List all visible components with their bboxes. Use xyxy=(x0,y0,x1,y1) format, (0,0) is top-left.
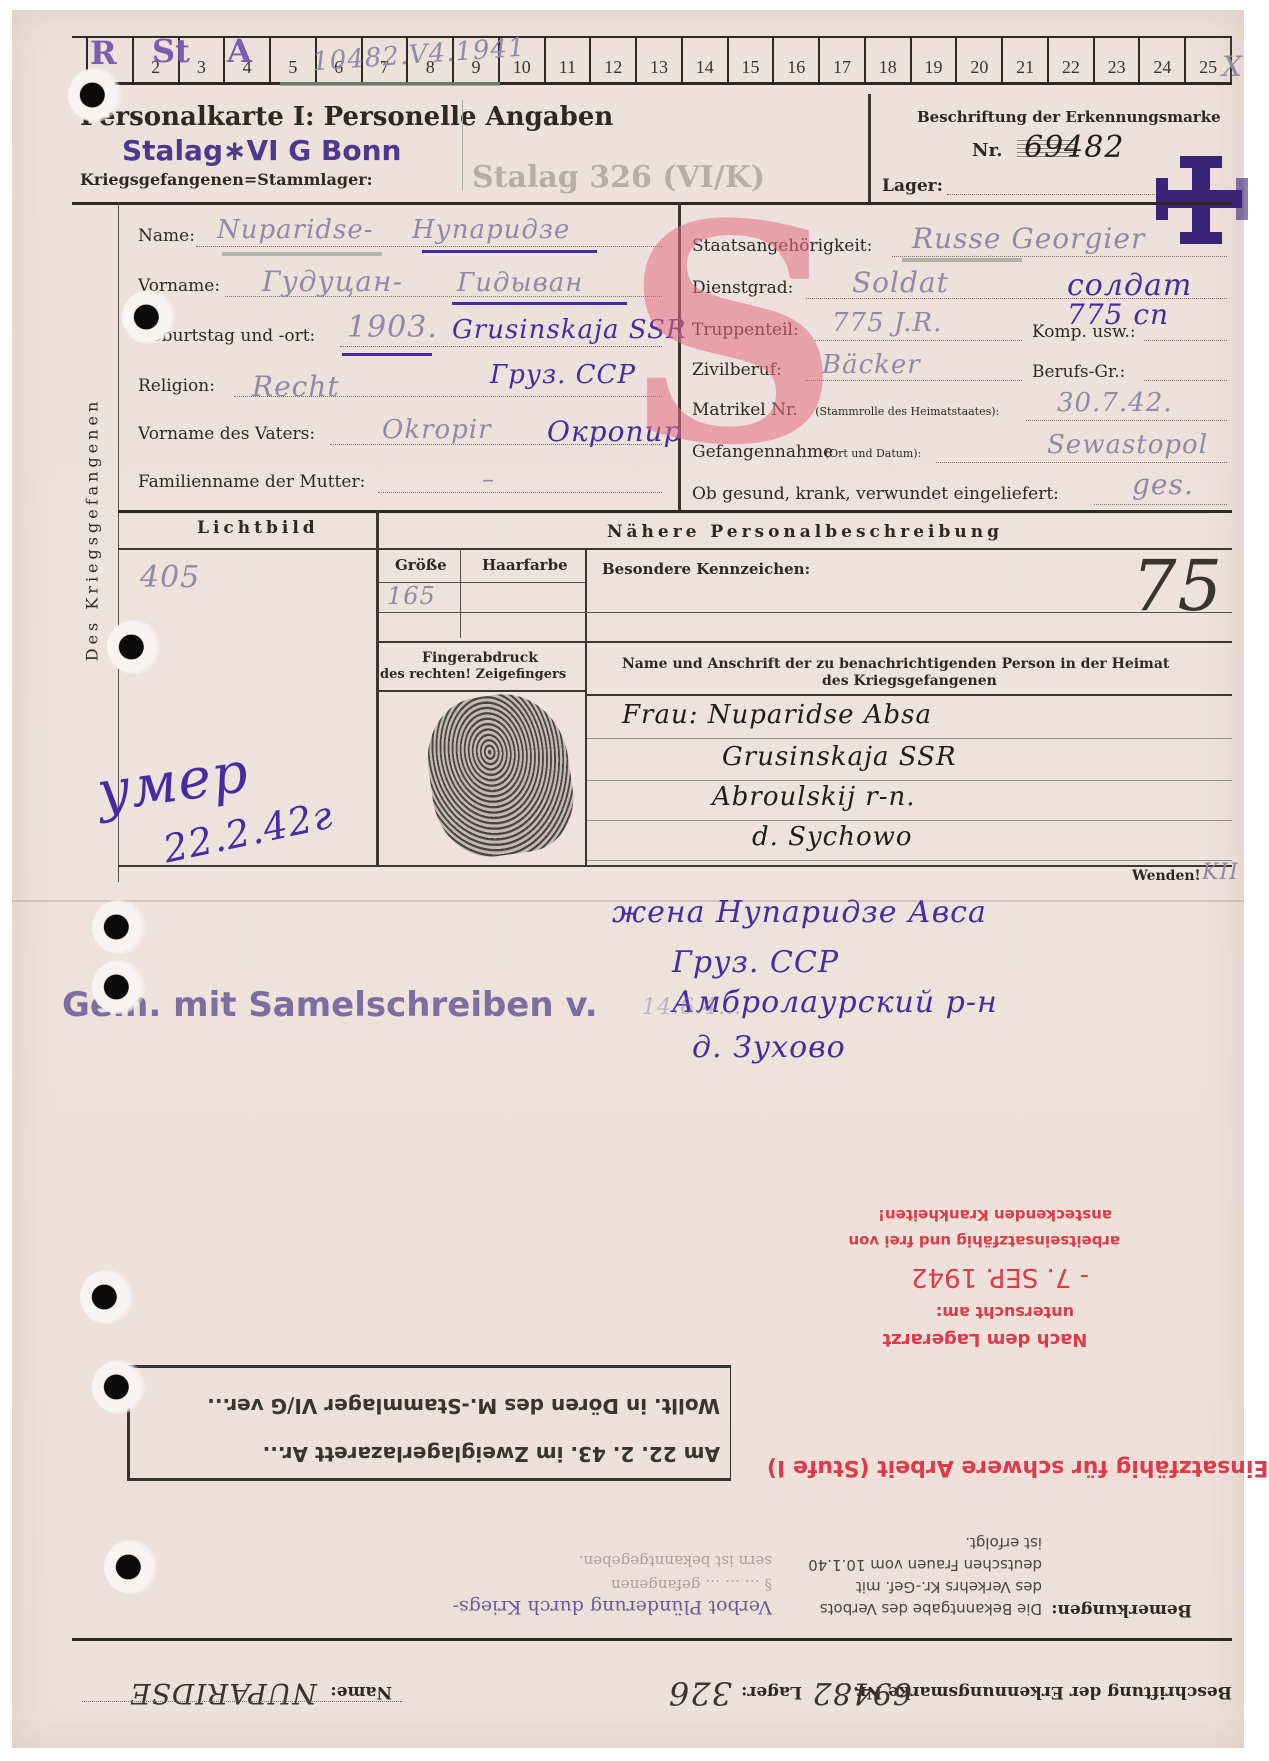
staats-green-underline xyxy=(902,258,1022,262)
truppenteil-value-ru: 775 сп xyxy=(1067,298,1169,331)
name-green-underline xyxy=(222,252,382,256)
ruler-cell-16: 16 xyxy=(772,38,818,82)
ruler-stamp-a: A xyxy=(227,32,252,70)
contact-line: Frau: Nuparidse Absa xyxy=(622,700,932,730)
lager-field xyxy=(947,194,1167,195)
name-value-ru: Нупаридзе xyxy=(412,215,570,245)
contact-rule xyxy=(587,860,1232,861)
left-field-line-2 xyxy=(340,346,662,347)
finger-label-2: des rechten! Zeigefingers xyxy=(380,667,566,682)
right-field-line-5 xyxy=(936,462,1227,463)
wenden-label: Wenden! xyxy=(1132,868,1201,884)
contact-line: Grusinskaja SSR xyxy=(722,742,957,772)
contact-header-line xyxy=(587,694,1232,696)
ruler-stamp-st: St xyxy=(152,32,190,70)
staatsangehoerigkeit-value: Russe Georgier xyxy=(912,222,1145,255)
zivilberuf-value: Bäcker xyxy=(822,350,921,380)
right-field-line-0 xyxy=(892,256,1227,257)
punch-hole xyxy=(92,1360,146,1414)
red-stamp-schwere-arbeit: Einsatzfähig für schwere Arbeit (Stufe I… xyxy=(767,1455,1268,1480)
ruler-cell-13: 13 xyxy=(635,38,681,82)
bemerkung-line: deutschen Frauen vom 10.1.40 xyxy=(808,1556,1042,1574)
ruler-stamp-r: R xyxy=(90,34,117,72)
gefangennahme-value: Sewastopol xyxy=(1047,430,1208,460)
left-field-line-0 xyxy=(196,246,662,247)
contact-rule xyxy=(587,738,1232,739)
footer-line xyxy=(72,1638,1232,1641)
ruler-cell-12: 12 xyxy=(589,38,635,82)
samelschreiben-date: 14.6.4... xyxy=(642,995,742,1020)
personal-bottom-line xyxy=(118,510,1232,513)
corner-check-marks: X xyxy=(1222,50,1243,83)
bemerkung-line: Die Bekanntgabe des Verbots xyxy=(820,1600,1042,1618)
dienstgrad-value: Soldat xyxy=(852,266,949,299)
punch-hole xyxy=(80,1270,134,1324)
contact-rule xyxy=(587,820,1232,821)
pow-personnel-card: 2345678910111213141516171819202122232425… xyxy=(12,10,1244,1748)
right-field-line2-3 xyxy=(1144,380,1227,381)
footer-erkennungsmarke: Beschriftung der Erkennungsmarke Nr. 694… xyxy=(72,1644,1232,1704)
gesund-value: ges. xyxy=(1132,468,1194,501)
bemerkung-line: sern ist bekanntgegeben. xyxy=(579,1552,772,1570)
header-divider xyxy=(868,94,871,202)
ruler-green-underline xyxy=(280,82,500,86)
ruler-cell-15: 15 xyxy=(727,38,773,82)
finger-header-line xyxy=(378,690,585,692)
ruler-bottom-line xyxy=(72,82,1232,85)
punch-hole xyxy=(92,960,146,1014)
groesse-divider xyxy=(460,548,461,638)
stalag-vi-g-bonn-stamp: Stalag∗VI G Bonn xyxy=(122,134,401,167)
vorname-value: Гудуцан- xyxy=(262,265,403,298)
erkennungsmarke-label: Beschriftung der Erkennungsmarke xyxy=(917,108,1221,126)
red-stamp-examined: Nach dem Lagerarzt untersucht am: - 7. S… xyxy=(850,1185,1120,1350)
bemerkung-line: Verbot Plünderung durch Kriegs- xyxy=(453,1596,772,1618)
vater-value: Okropir xyxy=(382,415,492,445)
kennzeichen-label: Besondere Kennzeichen: xyxy=(602,560,810,578)
ruler-cell-24: 24 xyxy=(1138,38,1184,82)
truppenteil-value: 775 J.R. xyxy=(832,308,942,338)
vorname-underline xyxy=(452,302,627,305)
bemerkung-line: § … … … gefangenen xyxy=(611,1576,772,1594)
name-underline xyxy=(422,250,597,253)
description-title: Nähere Personalbeschreibung xyxy=(607,522,1003,542)
left-field-label-0: Name: xyxy=(138,226,195,246)
lichtbild-title: Lichtbild xyxy=(197,518,319,538)
description-line xyxy=(378,641,1232,643)
right-field-sublabel-4: (Stammrolle des Heimatstaates): xyxy=(815,405,999,418)
photo-header-line xyxy=(118,548,1232,550)
groesse-value: 165 xyxy=(387,582,436,610)
punch-hole xyxy=(107,620,161,674)
right-field-line-6 xyxy=(1094,504,1227,505)
left-field-line-5 xyxy=(378,492,662,493)
ruler-cell-17: 17 xyxy=(818,38,864,82)
right-field-line-4 xyxy=(1026,420,1227,421)
russian-note-line: жена Нупаридзе Авса xyxy=(612,895,987,930)
ruler-cell-18: 18 xyxy=(864,38,910,82)
left-field-label-3: Religion: xyxy=(138,376,215,396)
bemerkung-line: des Verkehrs Kr.-Gef. mit xyxy=(856,1578,1042,1596)
iron-cross-stamp-icon xyxy=(1152,150,1252,250)
religion-note-ru: Груз. ССР xyxy=(490,360,636,390)
ruler-cell-14: 14 xyxy=(681,38,727,82)
nr-value: 69482 xyxy=(1024,130,1124,165)
right-field-line2-2 xyxy=(1144,340,1227,341)
kennzeichen-mark: 75 xyxy=(1132,545,1223,627)
ruler-cell-21: 21 xyxy=(1001,38,1047,82)
russian-note-line: д. Зухово xyxy=(692,1030,846,1065)
matrikel-value: 30.7.42. xyxy=(1057,388,1173,418)
left-field-label-5: Familienname der Mutter: xyxy=(138,472,365,492)
ruler-cell-11: 11 xyxy=(544,38,590,82)
vorname-value-ru: Гидыван xyxy=(457,268,583,298)
religion-value: Recht xyxy=(252,370,340,403)
bemerkungen-section: Bemerkungen: Die Bekanntgabe des Verbots… xyxy=(392,1500,1192,1620)
right-field-line-2 xyxy=(815,340,1022,341)
finger-label-1: Fingerabdruck xyxy=(422,650,538,666)
contact-rule xyxy=(587,780,1232,781)
punch-hole xyxy=(104,1540,158,1594)
photo-divider xyxy=(376,510,379,865)
contact-line: d. Sychowo xyxy=(752,822,913,852)
description-bottom-line xyxy=(118,865,1232,867)
punch-hole xyxy=(92,900,146,954)
nr-label: Nr. xyxy=(972,140,1003,161)
stamp-326-frame xyxy=(462,100,463,190)
ruler-cell-22: 22 xyxy=(1047,38,1093,82)
haarfarbe-label: Haarfarbe xyxy=(482,556,568,574)
ruler-cell-19: 19 xyxy=(910,38,956,82)
right-field-label2-3: Berufs-Gr.: xyxy=(1032,362,1125,382)
punch-hole xyxy=(122,290,176,344)
photo-number: 405 xyxy=(140,560,200,595)
bemerkung-line: ist erfolgt. xyxy=(965,1534,1042,1552)
stammlager-label: Kriegsgefangenen=Stammlager: xyxy=(80,170,373,189)
russian-note-line: Груз. ССР xyxy=(672,945,839,980)
geburtstag-value: 1903. xyxy=(347,310,438,345)
lager-label: Lager: xyxy=(882,176,943,196)
contact-label-1: Name und Anschrift der zu benachrichtige… xyxy=(622,656,1169,672)
haarfarbe-divider xyxy=(585,548,587,865)
box-stamp-lazarett: Am 22. 2. 43. im Zweiglagerlazarett Ar..… xyxy=(127,1365,731,1481)
wenden-mark: KII xyxy=(1202,860,1239,885)
ruler-cell-5: 5 xyxy=(269,38,315,82)
contact-label-2: des Kriegsgefangenen xyxy=(822,673,997,689)
ruler-cell-20: 20 xyxy=(955,38,1001,82)
punch-hole xyxy=(68,68,122,122)
side-vertical-text: Des Kriegsgefangenen xyxy=(82,370,106,690)
mutter-value: – xyxy=(482,465,495,493)
contact-line: Abroulskij r-n. xyxy=(712,782,916,812)
name-value: Nuparidse- xyxy=(217,215,374,245)
fingerprint-image xyxy=(420,686,581,864)
card-title: Personalkarte I: Personelle Angaben xyxy=(80,102,613,132)
groesse-mid-line xyxy=(378,612,1232,613)
ruler-cell-23: 23 xyxy=(1093,38,1139,82)
left-field-label-4: Vorname des Vaters: xyxy=(138,424,315,444)
red-s-mark-icon: S xyxy=(624,185,841,485)
geburtstag-underline xyxy=(342,353,432,356)
groesse-label: Größe xyxy=(395,556,447,574)
